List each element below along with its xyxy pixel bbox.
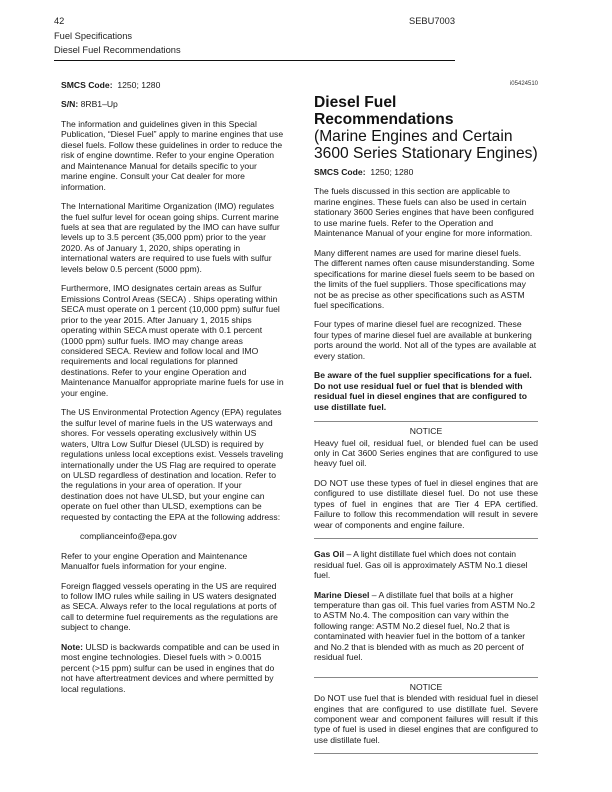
header-subsection: Diesel Fuel Recommendations bbox=[54, 44, 181, 57]
serial-number: S/N: 8RB1–Up bbox=[61, 99, 285, 109]
section-title: Diesel Fuel Recommendations bbox=[314, 94, 538, 128]
paragraph: Foreign flagged vessels operating in the… bbox=[61, 581, 285, 633]
section-subtitle: (Marine Engines and Certain 3600 Series … bbox=[314, 128, 538, 162]
sn-value: 8RB1–Up bbox=[81, 99, 118, 109]
left-column: SMCS Code: 1250; 1280 S/N: 8RB1–Up The i… bbox=[61, 80, 285, 703]
paragraph: Refer to your engine Operation and Maint… bbox=[61, 551, 285, 572]
page-header: 42 SEBU7003 Fuel Specifications Diesel F… bbox=[54, 15, 455, 61]
smcs-code: SMCS Code: 1250; 1280 bbox=[314, 167, 538, 177]
paragraph: Four types of marine diesel fuel are rec… bbox=[314, 319, 538, 361]
notice-paragraph: Heavy fuel oil, residual fuel, or blende… bbox=[314, 438, 538, 469]
gas-oil-definition: Gas Oil – A light distillate fuel which … bbox=[314, 549, 538, 580]
paragraph: The International Maritime Organization … bbox=[61, 201, 285, 274]
right-column: i05424510 Diesel Fuel Recommendations (M… bbox=[314, 80, 538, 764]
page-number: 42 bbox=[54, 15, 64, 28]
notice-title: NOTICE bbox=[314, 426, 538, 436]
note: Note: ULSD is backwards compatible and c… bbox=[61, 642, 285, 694]
note-label: Note: bbox=[61, 642, 83, 652]
marine-diesel-text: – A distillate fuel that boils at a high… bbox=[314, 590, 535, 663]
paragraph: The US Environmental Protection Agency (… bbox=[61, 407, 285, 522]
header-section: Fuel Specifications bbox=[54, 30, 132, 43]
paragraph: Furthermore, IMO designates certain area… bbox=[61, 283, 285, 398]
marine-diesel-definition: Marine Diesel – A distillate fuel that b… bbox=[314, 590, 538, 663]
gas-oil-label: Gas Oil bbox=[314, 549, 344, 559]
paragraph: The information and guidelines given in … bbox=[61, 119, 285, 192]
smcs-value: 1250; 1280 bbox=[117, 80, 160, 90]
smcs-label: SMCS Code: bbox=[314, 167, 366, 177]
paragraph: The fuels discussed in this section are … bbox=[314, 186, 538, 238]
smcs-code: SMCS Code: 1250; 1280 bbox=[61, 80, 285, 90]
bold-warning: Be aware of the fuel supplier specificat… bbox=[314, 370, 538, 412]
notice-box: NOTICE Do NOT use fuel that is blended w… bbox=[314, 677, 538, 755]
epa-email-link[interactable]: complianceinfo@epa.gov bbox=[61, 531, 285, 541]
marine-diesel-label: Marine Diesel bbox=[314, 590, 369, 600]
document-number: SEBU7003 bbox=[409, 15, 455, 28]
notice-paragraph: DO NOT use these types of fuel in diesel… bbox=[314, 478, 538, 530]
note-text: ULSD is backwards compatible and can be … bbox=[61, 642, 279, 694]
smcs-label: SMCS Code: bbox=[61, 80, 113, 90]
sn-label: S/N: bbox=[61, 99, 78, 109]
notice-box: NOTICE Heavy fuel oil, residual fuel, or… bbox=[314, 421, 538, 539]
paragraph: Many different names are used for marine… bbox=[314, 248, 538, 311]
notice-title: NOTICE bbox=[314, 682, 538, 692]
smcs-value: 1250; 1280 bbox=[370, 167, 413, 177]
gas-oil-text: – A light distillate fuel which does not… bbox=[314, 549, 528, 580]
reference-id: i05424510 bbox=[314, 80, 538, 88]
notice-paragraph: Do NOT use fuel that is blended with res… bbox=[314, 693, 538, 745]
